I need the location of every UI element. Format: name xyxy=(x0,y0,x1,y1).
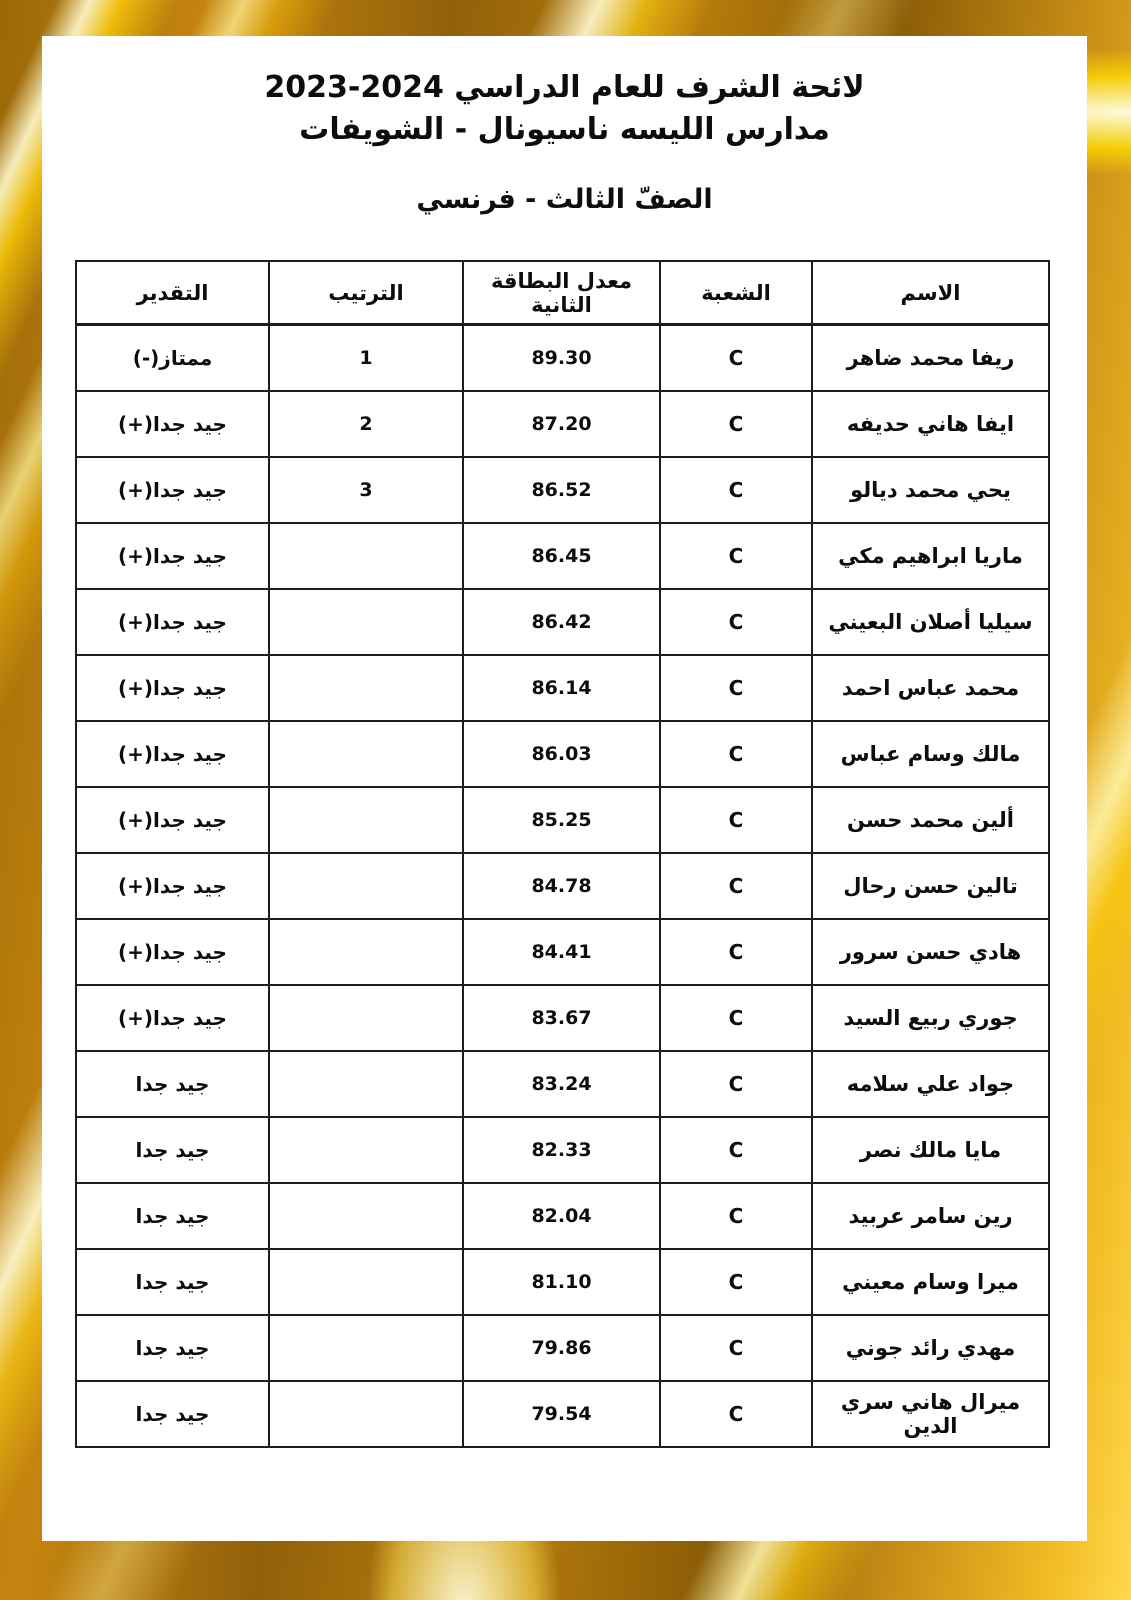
cell-name: مهدي رائد جوني xyxy=(812,1315,1049,1381)
cell-average: 82.04 xyxy=(463,1183,660,1249)
cell-section: C xyxy=(660,853,812,919)
cell-grade: جيد جدا(+) xyxy=(76,457,269,523)
cell-rank xyxy=(269,1183,463,1249)
cell-section: C xyxy=(660,457,812,523)
golden-background: لائحة الشرف للعام الدراسي 2024-2023 مدار… xyxy=(0,0,1131,1600)
cell-rank xyxy=(269,919,463,985)
cell-name: ميرال هاني سري الدين xyxy=(812,1381,1049,1447)
cell-name: جوري ربيع السيد xyxy=(812,985,1049,1051)
honor-table-body: ريفا محمد ضاهرC89.301ممتاز(-)ايفا هاني ح… xyxy=(76,325,1049,1448)
cell-average: 84.78 xyxy=(463,853,660,919)
cell-rank xyxy=(269,1051,463,1117)
cell-grade: جيد جدا(+) xyxy=(76,787,269,853)
table-row: رين سامر عربيدC82.04جيد جدا xyxy=(76,1183,1049,1249)
cell-rank xyxy=(269,655,463,721)
cell-section: C xyxy=(660,1249,812,1315)
cell-grade: جيد جدا xyxy=(76,1117,269,1183)
cell-section: C xyxy=(660,391,812,457)
cell-rank xyxy=(269,1381,463,1447)
column-header-name: الاسم xyxy=(812,261,1049,325)
cell-rank xyxy=(269,985,463,1051)
cell-name: ريفا محمد ضاهر xyxy=(812,325,1049,392)
cell-grade: جيد جدا xyxy=(76,1381,269,1447)
cell-average: 85.25 xyxy=(463,787,660,853)
cell-section: C xyxy=(660,655,812,721)
cell-rank xyxy=(269,1249,463,1315)
cell-rank xyxy=(269,523,463,589)
cell-grade: جيد جدا(+) xyxy=(76,655,269,721)
cell-average: 86.14 xyxy=(463,655,660,721)
cell-name: مايا مالك نصر xyxy=(812,1117,1049,1183)
cell-average: 83.24 xyxy=(463,1051,660,1117)
table-row: هادي حسن سرورC84.41جيد جدا(+) xyxy=(76,919,1049,985)
cell-section: C xyxy=(660,523,812,589)
cell-average: 79.54 xyxy=(463,1381,660,1447)
cell-average: 81.10 xyxy=(463,1249,660,1315)
cell-average: 79.86 xyxy=(463,1315,660,1381)
cell-average: 83.67 xyxy=(463,985,660,1051)
table-row: يحي محمد ديالوC86.523جيد جدا(+) xyxy=(76,457,1049,523)
cell-name: هادي حسن سرور xyxy=(812,919,1049,985)
cell-section: C xyxy=(660,1183,812,1249)
cell-grade: جيد جدا xyxy=(76,1315,269,1381)
cell-section: C xyxy=(660,589,812,655)
table-row: ايفا هاني حديفهC87.202جيد جدا(+) xyxy=(76,391,1049,457)
cell-section: C xyxy=(660,325,812,392)
cell-grade: جيد جدا(+) xyxy=(76,589,269,655)
cell-grade: جيد جدا xyxy=(76,1249,269,1315)
cell-section: C xyxy=(660,1117,812,1183)
cell-average: 87.20 xyxy=(463,391,660,457)
honor-roll-table: الاسم الشعبة معدل البطاقة الثانية الترتي… xyxy=(75,260,1050,1448)
cell-name: ماريا ابراهيم مكي xyxy=(812,523,1049,589)
cell-grade: ممتاز(-) xyxy=(76,325,269,392)
cell-name: تالين حسن رحال xyxy=(812,853,1049,919)
cell-name: جواد علي سلامه xyxy=(812,1051,1049,1117)
cell-grade: جيد جدا(+) xyxy=(76,919,269,985)
title-line-school-name: مدارس الليسه ناسيونال - الشويفات xyxy=(42,109,1087,151)
cell-grade: جيد جدا xyxy=(76,1183,269,1249)
table-row: ميرا وسام معينيC81.10جيد جدا xyxy=(76,1249,1049,1315)
table-row: جواد علي سلامهC83.24جيد جدا xyxy=(76,1051,1049,1117)
cell-rank xyxy=(269,721,463,787)
table-row: محمد عباس احمدC86.14جيد جدا(+) xyxy=(76,655,1049,721)
cell-grade: جيد جدا(+) xyxy=(76,985,269,1051)
table-row: ميرال هاني سري الدينC79.54جيد جدا xyxy=(76,1381,1049,1447)
document-title: لائحة الشرف للعام الدراسي 2024-2023 مدار… xyxy=(42,36,1087,151)
cell-grade: جيد جدا(+) xyxy=(76,391,269,457)
table-row: تالين حسن رحالC84.78جيد جدا(+) xyxy=(76,853,1049,919)
table-row: جوري ربيع السيدC83.67جيد جدا(+) xyxy=(76,985,1049,1051)
table-row: مالك وسام عباسC86.03جيد جدا(+) xyxy=(76,721,1049,787)
cell-grade: جيد جدا(+) xyxy=(76,853,269,919)
column-header-section: الشعبة xyxy=(660,261,812,325)
cell-rank: 2 xyxy=(269,391,463,457)
cell-average: 86.42 xyxy=(463,589,660,655)
cell-name: سيليا أصلان البعيني xyxy=(812,589,1049,655)
cell-rank xyxy=(269,1315,463,1381)
cell-grade: جيد جدا xyxy=(76,1051,269,1117)
cell-name: مالك وسام عباس xyxy=(812,721,1049,787)
cell-average: 89.30 xyxy=(463,325,660,392)
title-line-academic-year: لائحة الشرف للعام الدراسي 2024-2023 xyxy=(42,67,1087,109)
cell-section: C xyxy=(660,1051,812,1117)
cell-name: محمد عباس احمد xyxy=(812,655,1049,721)
cell-average: 84.41 xyxy=(463,919,660,985)
column-header-average: معدل البطاقة الثانية xyxy=(463,261,660,325)
cell-section: C xyxy=(660,787,812,853)
table-header-row: الاسم الشعبة معدل البطاقة الثانية الترتي… xyxy=(76,261,1049,325)
cell-name: ميرا وسام معيني xyxy=(812,1249,1049,1315)
cell-rank xyxy=(269,1117,463,1183)
cell-name: يحي محمد ديالو xyxy=(812,457,1049,523)
cell-name: ألين محمد حسن xyxy=(812,787,1049,853)
column-header-grade: التقدير xyxy=(76,261,269,325)
cell-name: ايفا هاني حديفه xyxy=(812,391,1049,457)
cell-rank xyxy=(269,787,463,853)
table-row: ريفا محمد ضاهرC89.301ممتاز(-) xyxy=(76,325,1049,392)
table-row: ماريا ابراهيم مكيC86.45جيد جدا(+) xyxy=(76,523,1049,589)
cell-name: رين سامر عربيد xyxy=(812,1183,1049,1249)
table-row: مهدي رائد جونيC79.86جيد جدا xyxy=(76,1315,1049,1381)
cell-section: C xyxy=(660,1381,812,1447)
cell-rank: 3 xyxy=(269,457,463,523)
table-row: مايا مالك نصرC82.33جيد جدا xyxy=(76,1117,1049,1183)
cell-section: C xyxy=(660,1315,812,1381)
cell-average: 82.33 xyxy=(463,1117,660,1183)
cell-rank: 1 xyxy=(269,325,463,392)
document-card: لائحة الشرف للعام الدراسي 2024-2023 مدار… xyxy=(42,36,1087,1541)
cell-average: 86.45 xyxy=(463,523,660,589)
table-row: سيليا أصلان البعينيC86.42جيد جدا(+) xyxy=(76,589,1049,655)
cell-rank xyxy=(269,589,463,655)
cell-section: C xyxy=(660,985,812,1051)
cell-average: 86.52 xyxy=(463,457,660,523)
cell-grade: جيد جدا(+) xyxy=(76,721,269,787)
cell-grade: جيد جدا(+) xyxy=(76,523,269,589)
column-header-rank: الترتيب xyxy=(269,261,463,325)
cell-section: C xyxy=(660,919,812,985)
cell-rank xyxy=(269,853,463,919)
cell-section: C xyxy=(660,721,812,787)
cell-average: 86.03 xyxy=(463,721,660,787)
class-subtitle: الصفّ الثالث - فرنسي xyxy=(42,184,1087,215)
table-row: ألين محمد حسنC85.25جيد جدا(+) xyxy=(76,787,1049,853)
